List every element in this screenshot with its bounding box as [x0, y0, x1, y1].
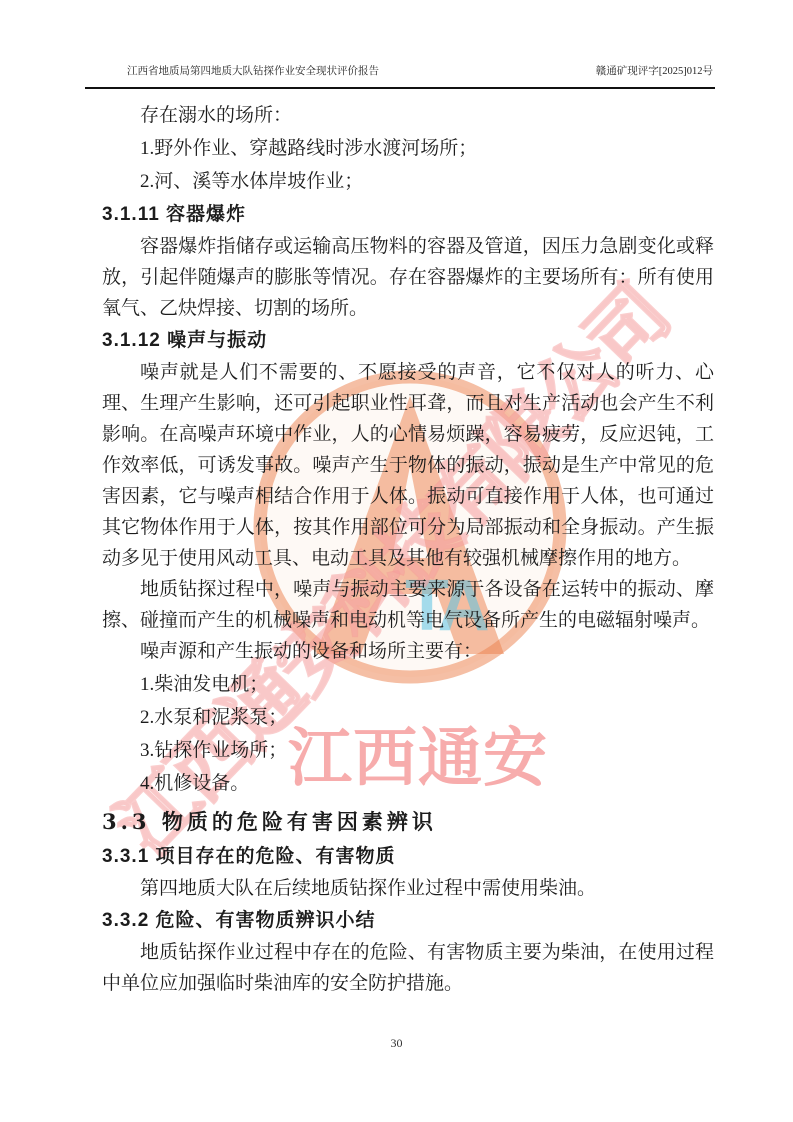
paragraph: 噪声源和产生振动的设备和场所主要有： [102, 636, 714, 667]
list-item: 1.柴油发电机； [102, 669, 714, 700]
paragraph: 地质钻探作业过程中存在的危险、有害物质主要为柴油，在使用过程中单位应加强临时柴油… [102, 937, 714, 999]
heading3: 3.1.12 噪声与振动 [102, 325, 714, 356]
paragraph: 容器爆炸指储存或运输高压物料的容器及管道，因压力急剧变化或释放，引起伴随爆声的膨… [102, 231, 714, 324]
page-footer: 30 [0, 1036, 793, 1051]
paragraph: 第四地质大队在后续地质钻探作业过程中需使用柴油。 [102, 873, 714, 904]
list-item: 2.水泵和泥浆泵； [102, 702, 714, 733]
heading3: 3.1.11 容器爆炸 [102, 199, 714, 230]
heading2: 3.3 物质的危险有害因素辨识 [102, 806, 714, 837]
header-doc-number: 赣通矿现评字[2025]012号 [596, 64, 713, 80]
page-number: 30 [391, 1036, 403, 1050]
header-report-title: 江西省地质局第四地质大队钻探作业安全现状评价报告 [127, 64, 379, 80]
header-rule [85, 87, 715, 89]
document-body: 存在溺水的场所：1.野外作业、穿越路线时涉水渡河场所；2.河、溪等水体岸坡作业；… [102, 100, 714, 999]
list-item: 4.机修设备。 [102, 768, 714, 799]
list-item: 2.河、溪等水体岸坡作业； [102, 166, 714, 197]
list-item: 3.钻探作业场所； [102, 735, 714, 766]
page-header: 江西省地质局第四地质大队钻探作业安全现状评价报告 赣通矿现评字[2025]012… [85, 64, 715, 80]
document-page: TA 江西通安科技有限公司 江西通安 江西省地质局第四地质大队钻探作业安全现状评… [0, 0, 793, 1122]
paragraph: 噪声就是人们不需要的、不愿接受的声音，它不仅对人的听力、心理、生理产生影响，还可… [102, 357, 714, 574]
list-item: 1.野外作业、穿越路线时涉水渡河场所； [102, 133, 714, 164]
heading3: 3.3.2 危险、有害物质辨识小结 [102, 905, 714, 936]
paragraph: 存在溺水的场所： [102, 100, 714, 131]
paragraph: 地质钻探过程中，噪声与振动主要来源于各设备在运转中的振动、摩擦、碰撞而产生的机械… [102, 574, 714, 636]
heading3: 3.3.1 项目存在的危险、有害物质 [102, 841, 714, 872]
